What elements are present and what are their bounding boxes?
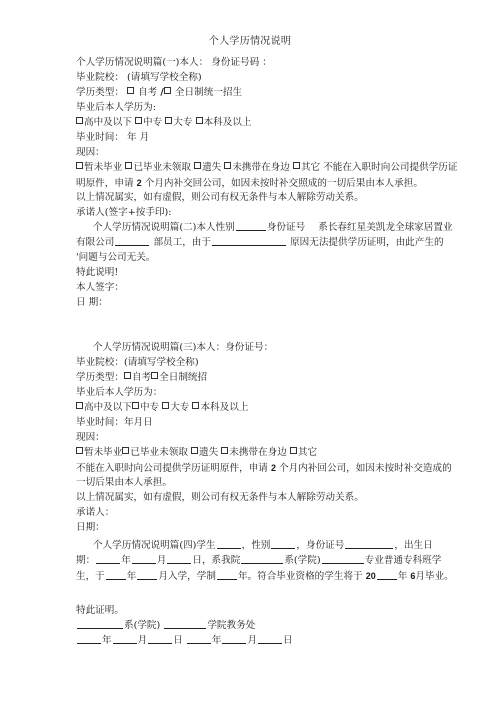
year-prefix: 20 xyxy=(366,571,376,581)
text: ，性别 xyxy=(242,540,271,551)
section2-special: 特此说明! xyxy=(76,266,118,280)
section2-date: 日 期： xyxy=(76,296,108,310)
document-page: 个人学历情况说明 个人学历情况说明篇(一)本人： 身份证号码 ： 毕业院校： (… xyxy=(0,0,500,708)
month-blank[interactable] xyxy=(222,634,246,644)
checkbox-reason[interactable] xyxy=(290,447,297,454)
section2-line3: '问题与公司无关。 xyxy=(76,251,155,265)
checkbox-level[interactable] xyxy=(76,402,83,409)
text: 有限公司 xyxy=(76,237,114,248)
school-sign-blank[interactable] xyxy=(164,619,206,629)
checkbox-self-study[interactable] xyxy=(127,87,134,94)
section1-truth: 以上情况属实，如有虚假，则公司有权无条件与本人解除劳动关系。 xyxy=(76,191,364,205)
student-name-blank[interactable] xyxy=(217,539,241,549)
text: 明原件，申请 xyxy=(76,178,134,189)
birth-day-blank[interactable] xyxy=(167,554,191,564)
reason-label: 遗失 xyxy=(199,447,218,458)
level-label: 高中及以下 xyxy=(84,117,132,128)
text: 年 xyxy=(121,555,131,566)
text: 年 xyxy=(102,635,112,646)
section1-levels: 高中及以下 中专 大专 本科及以上 xyxy=(76,116,252,130)
checkbox-reason[interactable] xyxy=(293,162,300,169)
section3-truth: 以上情况属实，如有虚假，则公司有权无条件与本人解除劳动关系。 xyxy=(76,491,364,505)
section3-after-grad: 毕业后本人学历为： xyxy=(76,386,162,400)
months-number: 2 xyxy=(271,463,276,473)
section3-reasons: 暂未毕业已毕业未领取 遗失 未携带在身边 其它 xyxy=(76,446,317,460)
text: 学院教务处 xyxy=(207,620,255,631)
text: 月 xyxy=(247,635,257,646)
section3-reason-label: 现因： xyxy=(76,431,105,445)
text: 不能在入职时向公司提供学历证明原件，申请 xyxy=(76,463,268,474)
text: 部员工，由于 xyxy=(153,237,211,248)
text: 个月内补回公司，如因未按时补交造成的 xyxy=(279,463,452,474)
text: 系长春红星美凯龙全球家居置业 xyxy=(318,222,452,233)
section1-promisor: 承诺人(签字+按手印): xyxy=(76,206,172,220)
text: 个人学历情况说明篇(四)学生 xyxy=(93,540,216,551)
section2-line1: 个人学历情况说明篇(二)本人性别身份证号 系长春红星美凯龙全球家居置业 xyxy=(93,221,453,235)
section2-signature: 本人签字： xyxy=(76,281,124,295)
section1-grad-time: 毕业时间： 年 月 xyxy=(76,131,149,145)
option-label: 全日制统招 xyxy=(159,372,207,383)
section4-line2: 期：年月日，系我院系(学院)专业普通专科班学 xyxy=(76,554,441,568)
checkbox-level[interactable] xyxy=(76,117,83,124)
level-label: 大专 xyxy=(173,117,192,128)
option-label: 自考 xyxy=(132,372,151,383)
duration-blank[interactable] xyxy=(217,570,237,580)
day-blank[interactable] xyxy=(148,634,172,644)
text: 系(学院) xyxy=(284,555,320,566)
checkbox-level[interactable] xyxy=(192,402,199,409)
school-label: 毕业院校： xyxy=(76,72,124,83)
checkbox-level[interactable] xyxy=(132,402,139,409)
option-label: 自考 xyxy=(138,87,157,98)
text: 月毕业。 xyxy=(415,571,453,582)
reason-label: 其它 xyxy=(301,162,320,173)
department-blank[interactable] xyxy=(115,236,149,246)
text: ，身份证号 xyxy=(296,540,344,551)
year-blank[interactable] xyxy=(187,634,211,644)
section4-line3: 生，于年月入学，学制年。符合毕业资格的学生将于 20年 6月毕业。 xyxy=(76,569,454,584)
checkbox-level[interactable] xyxy=(165,117,172,124)
reason-tail: 不能在入职时向公司提供学历证 xyxy=(323,162,457,173)
checkbox-reason[interactable] xyxy=(125,162,132,169)
text: 个人学历情况说明篇(二)本人性别 xyxy=(93,222,235,233)
checkbox-level[interactable] xyxy=(162,402,169,409)
birth-year-blank[interactable] xyxy=(96,554,120,564)
section3-header: 个人学历情况说明篇(三)本人：身份证号： xyxy=(93,341,273,355)
section1-reason-line2: 明原件，申请 2 个月内补交回公司，如因未按时补交照成的一切后果由本人承担。 xyxy=(76,176,423,191)
checkbox-full-time[interactable] xyxy=(151,372,158,379)
text: 年 xyxy=(398,571,408,582)
section3-line2: 一切后果由本人承担。 xyxy=(76,476,172,490)
level-label: 高中及以下 xyxy=(84,402,132,413)
section1-school: 毕业院校： (请填写学校全称) xyxy=(76,71,202,85)
section4-line1: 个人学历情况说明篇(四)学生，性别，身份证号，出生日 xyxy=(93,539,433,553)
text: ，出生日 xyxy=(394,540,432,551)
reason-label: 已毕业未领取 xyxy=(130,447,188,458)
checkbox-reason[interactable] xyxy=(191,447,198,454)
reason-blank[interactable] xyxy=(212,236,286,246)
text: 专业普通专科班学 xyxy=(365,555,442,566)
text: 生，于 xyxy=(76,571,105,582)
section1-reason-label: 现因： xyxy=(76,146,105,160)
dept-sign-blank[interactable] xyxy=(77,619,123,629)
checkbox-reason[interactable] xyxy=(221,447,228,454)
reason-label: 暂未毕业 xyxy=(84,447,122,458)
checkbox-reason[interactable] xyxy=(194,162,201,169)
text: 年 xyxy=(212,635,222,646)
text: 日 xyxy=(173,635,183,646)
id-number-blank[interactable] xyxy=(345,539,393,549)
text: 年。符合毕业资格的学生将于 xyxy=(238,571,363,582)
section1-edu-type: 学历类型： 自考 / 全日制统一招生 xyxy=(76,86,242,100)
department-blank[interactable] xyxy=(241,554,283,564)
birth-month-blank[interactable] xyxy=(132,554,156,564)
text: 个月内补交回公司，如因未按时补交照成的一切后果由本人承担。 xyxy=(145,178,423,189)
checkbox-level[interactable] xyxy=(196,117,203,124)
section3-line1: 不能在入职时向公司提供学历证明原件，申请 2 个月内补回公司，如因未按时补交造成… xyxy=(76,461,452,476)
text: 身份证号 xyxy=(267,222,305,233)
document-title: 个人学历情况说明 xyxy=(0,32,500,47)
checkbox-full-time[interactable] xyxy=(164,87,171,94)
school-hint: (请填写学校全称) xyxy=(127,72,202,83)
text: 期： xyxy=(76,555,95,566)
months-number: 2 xyxy=(137,178,142,188)
month-blank[interactable] xyxy=(113,634,137,644)
gender-blank[interactable] xyxy=(236,221,266,231)
section1-header: 个人学历情况说明篇(一)本人： 身份证号码 ： xyxy=(76,56,272,70)
gender-blank[interactable] xyxy=(271,539,295,549)
text: 系(学院) xyxy=(124,620,160,631)
text: 原因无法提供学历证明，由此产生的 xyxy=(290,237,444,248)
section2-line2: 有限公司 部员工，由于 原因无法提供学历证明，由此产生的 xyxy=(76,236,444,250)
checkbox-reason[interactable] xyxy=(224,162,231,169)
reason-label: 未携带在身边 xyxy=(229,447,287,458)
text: 年 xyxy=(127,571,137,582)
text: 日，系我院 xyxy=(192,555,240,566)
checkbox-self-study[interactable] xyxy=(124,372,131,379)
text: 月 xyxy=(138,635,148,646)
option-label: 全日制统一招生 xyxy=(175,87,242,98)
checkbox-level[interactable] xyxy=(135,117,142,124)
section3-edu-type: 学历类型：自考全日制统招 xyxy=(76,371,207,385)
section4-certify: 特此证明。 xyxy=(76,604,124,618)
edu-type-label: 学历类型： xyxy=(76,372,124,383)
reason-label: 暂未毕业 xyxy=(84,162,122,173)
text: 日 xyxy=(283,635,293,646)
level-label: 大专 xyxy=(170,402,189,413)
checkbox-reason[interactable] xyxy=(122,447,129,454)
section1-reasons: 暂未毕业 已毕业未领取 遗失 未携带在身边 其它 不能在入职时向公司提供学历证 xyxy=(76,161,458,175)
grad-year-blank[interactable] xyxy=(377,570,397,580)
enroll-year-blank[interactable] xyxy=(106,570,126,580)
level-label: 中专 xyxy=(143,117,162,128)
enroll-month-blank[interactable] xyxy=(137,570,157,580)
section4-signatures: 系(学院) 学院教务处 xyxy=(76,619,255,633)
text: 月入学，学制 xyxy=(158,571,216,582)
section3-promisor: 承诺人： xyxy=(76,506,114,520)
reason-label: 其它 xyxy=(298,447,317,458)
level-label: 本科及以上 xyxy=(200,402,248,413)
level-label: 中专 xyxy=(140,402,159,413)
reason-label: 未携带在身边 xyxy=(232,162,290,173)
major-blank[interactable] xyxy=(322,554,364,564)
reason-label: 遗失 xyxy=(202,162,221,173)
checkbox-reason[interactable] xyxy=(76,162,83,169)
edu-type-label: 学历类型： xyxy=(76,87,124,98)
section3-grad-time: 毕业时间：年月日 xyxy=(76,416,153,430)
year-blank[interactable] xyxy=(77,634,101,644)
day-blank[interactable] xyxy=(258,634,282,644)
section3-school: 毕业院校：(请填写学校全称) xyxy=(76,356,199,370)
section3-levels: 高中及以下中专 大专 本科及以上 xyxy=(76,401,248,415)
section1-after-grad: 毕业后本人学历为: xyxy=(76,101,156,115)
reason-label: 已毕业未领取 xyxy=(133,162,191,173)
text: 月 xyxy=(157,555,167,566)
level-label: 本科及以上 xyxy=(204,117,252,128)
section4-dates: 年月日 年月日 xyxy=(76,634,293,648)
section3-date: 日期： xyxy=(76,521,105,535)
checkbox-reason[interactable] xyxy=(76,447,83,454)
